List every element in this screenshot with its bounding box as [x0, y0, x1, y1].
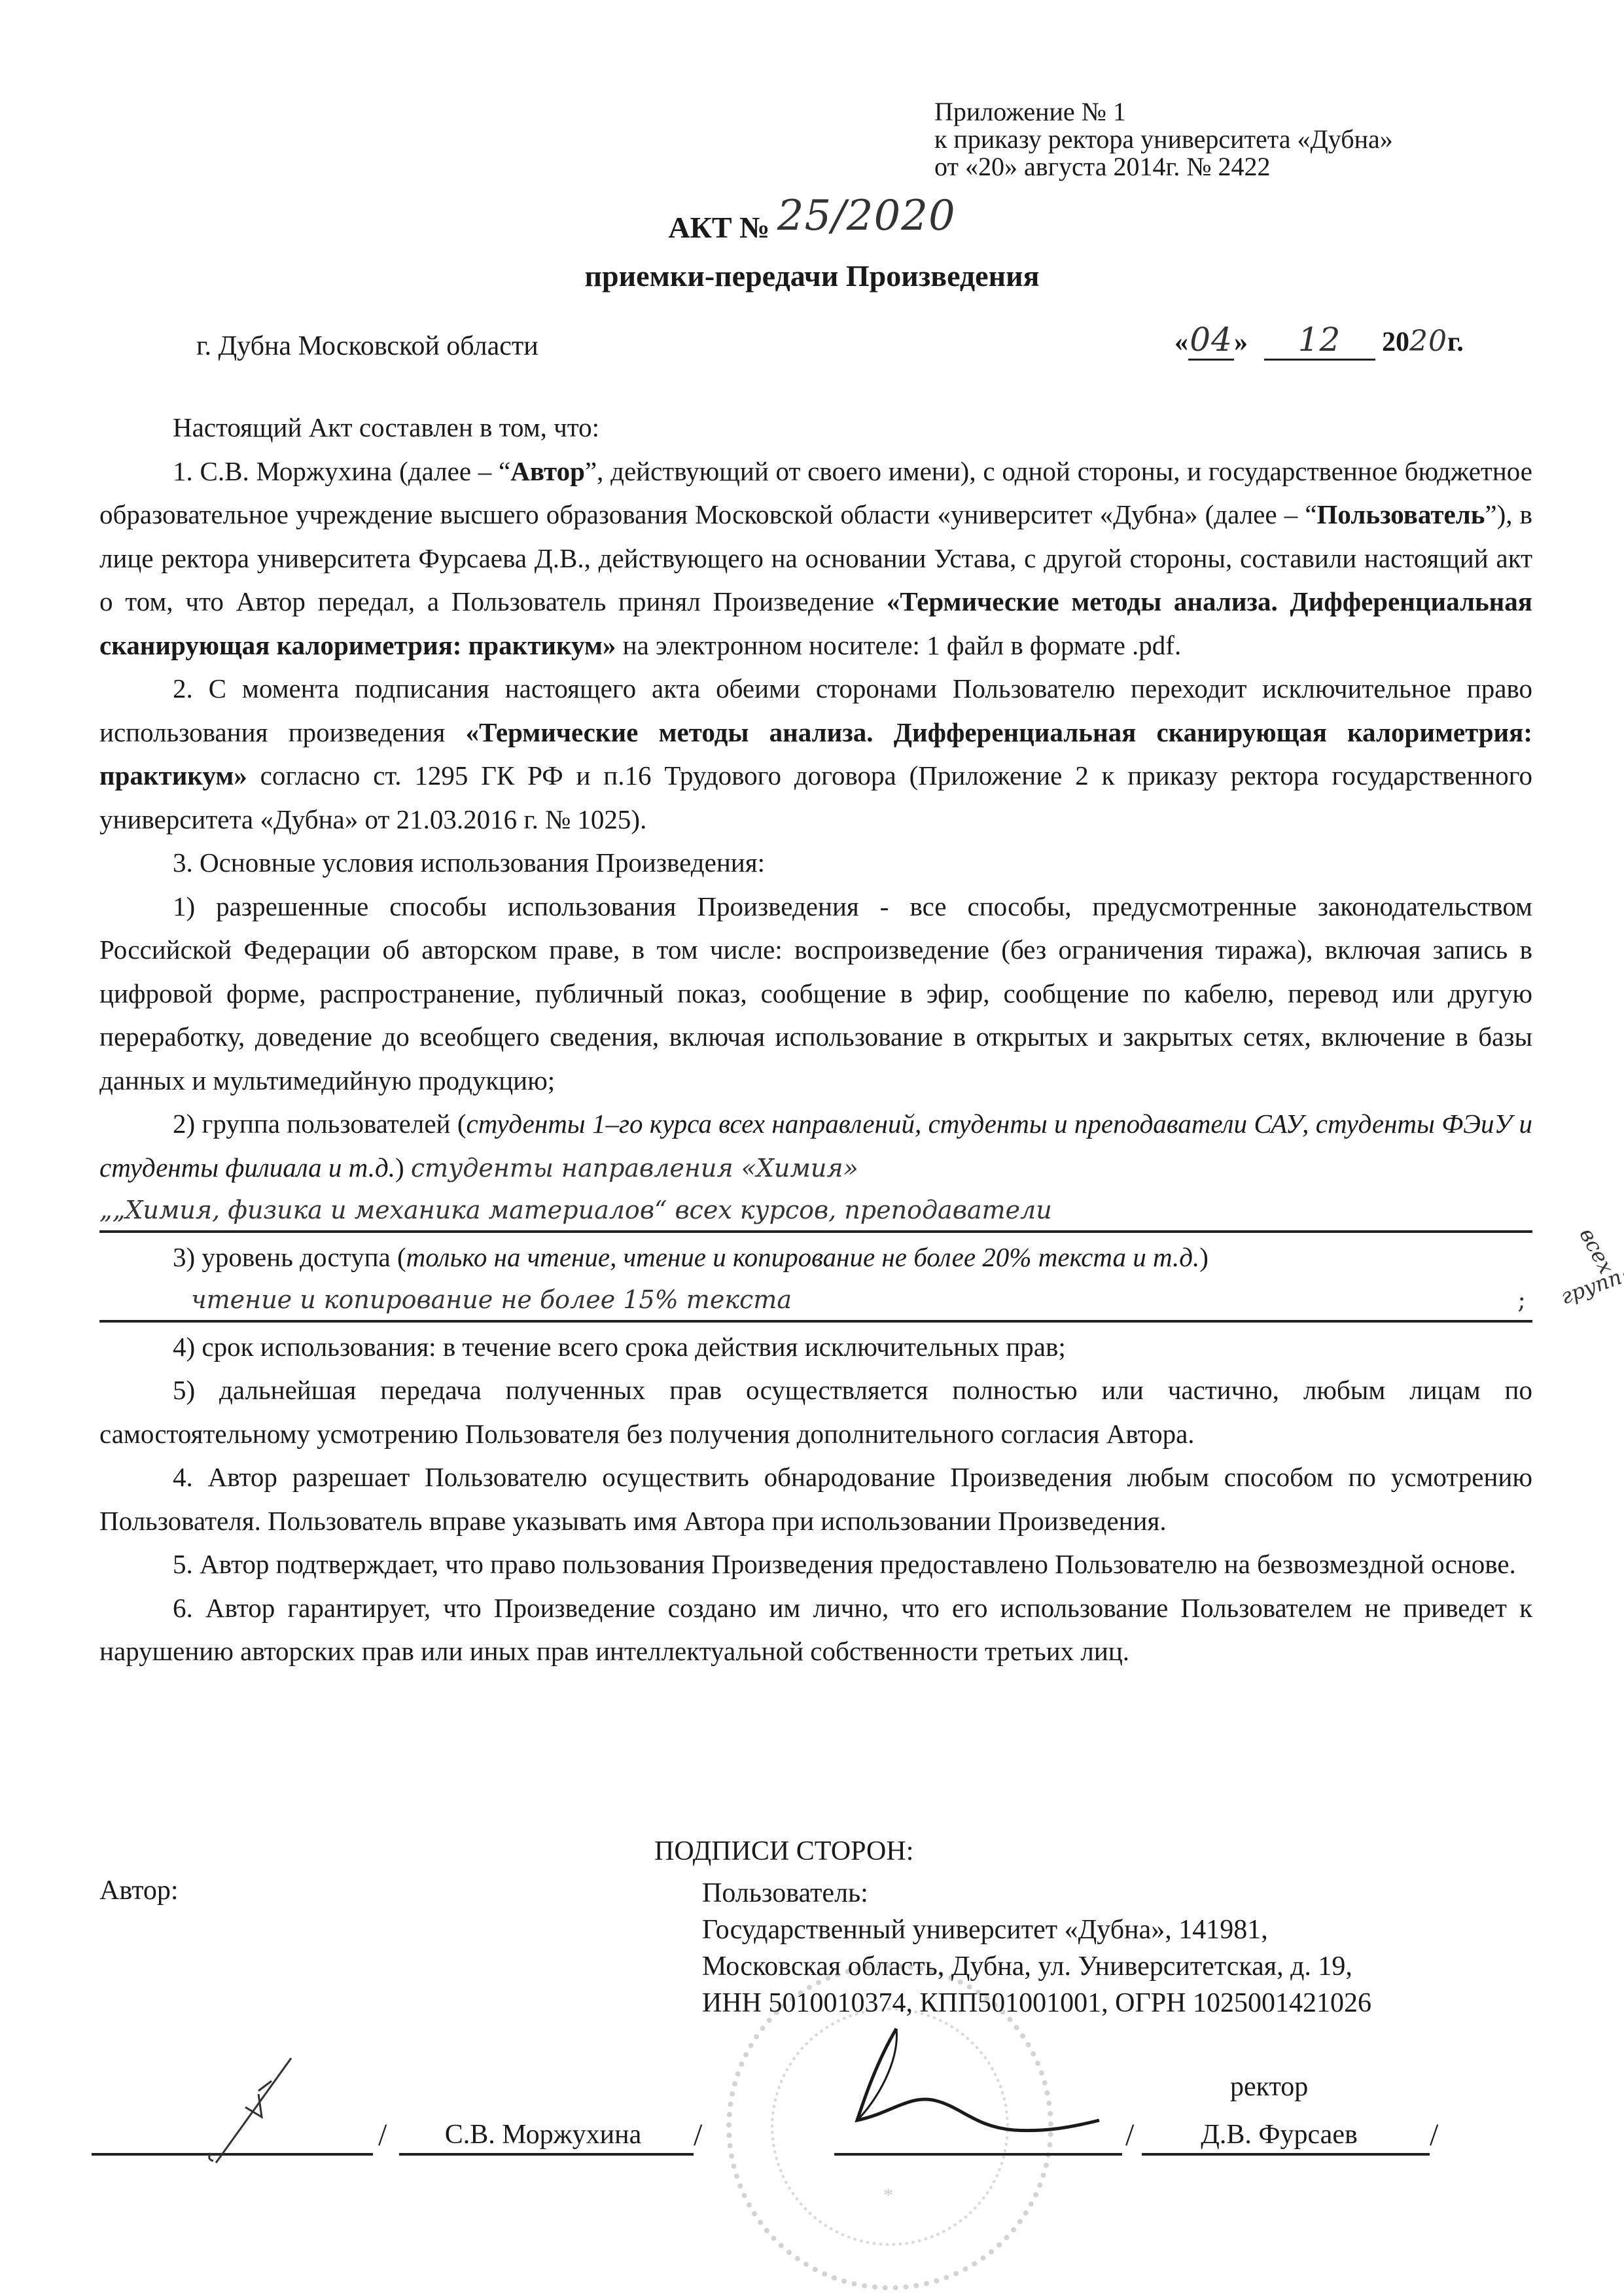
- clause-5: 5. Автор подтверждает, что право пользов…: [99, 1542, 1532, 1586]
- author-signature-icon: [196, 2055, 301, 2166]
- rector-signature-icon: [838, 2022, 1112, 2140]
- handwritten-user-group: студенты направления «Химия»: [411, 1154, 858, 1183]
- rector-name-line: [1142, 2153, 1430, 2156]
- clause-3: 3. Основные условия использования Произв…: [99, 841, 1532, 885]
- intro: Настоящий Акт составлен в том, что:: [99, 406, 1532, 450]
- document-page: Приложение № 1 к приказу ректора универс…: [0, 0, 1624, 2295]
- act-number-handwritten: 25/2020: [777, 192, 956, 240]
- user-name-line: Государственный университет «Дубна», 141…: [702, 1912, 1371, 1948]
- act-title: АКТ № 25/2020: [0, 200, 1624, 248]
- stamp-star-icon: *: [883, 2184, 893, 2207]
- user-registration-line: ИНН 5010010374, КПП501001001, ОГРН 10250…: [702, 1985, 1371, 2021]
- appendix-reference: Приложение № 1 к приказу ректора универс…: [934, 98, 1393, 181]
- user-details: Пользователь: Государственный университе…: [702, 1875, 1371, 2021]
- author-name-line: [399, 2153, 694, 2156]
- signatures-heading: ПОДПИСИ СТОРОН:: [654, 1836, 913, 1867]
- appendix-number: Приложение № 1: [934, 98, 1393, 126]
- clause-1: 1. С.В. Моржухина (далее – “Автор”, дейс…: [99, 450, 1532, 667]
- rector-signature-line: [834, 2153, 1122, 2156]
- condition-5: 5) дальнейшая передача полученных прав о…: [99, 1368, 1532, 1455]
- act-subtitle: приемки-передачи Произведения: [0, 258, 1624, 293]
- date-month: 12: [1264, 321, 1375, 361]
- clause-4: 4. Автор разрешает Пользователю осуществ…: [99, 1455, 1532, 1542]
- date-day: 04: [1188, 321, 1234, 361]
- appendix-order: к приказу ректора университета «Дубна»: [934, 126, 1393, 153]
- clause-2: 2. С момента подписания настоящего акта …: [99, 667, 1532, 841]
- condition-2: 2) группа пользователей (студенты 1–го к…: [99, 1102, 1532, 1190]
- author-label: Автор:: [99, 1875, 179, 1906]
- date-year: 20: [1409, 325, 1447, 358]
- rector-title: ректор: [1230, 2071, 1308, 2103]
- place: г. Дубна Московской области: [196, 330, 538, 362]
- rector-name: Д.В. Фурсаев: [1142, 2119, 1417, 2150]
- condition-3: 3) уровень доступа (только на чтение, чт…: [99, 1236, 1532, 1279]
- user-label: Пользователь:: [702, 1875, 1371, 1912]
- clause-6: 6. Автор гарантирует, что Произведение с…: [99, 1586, 1532, 1673]
- condition-4: 4) срок использования: в течение всего с…: [99, 1325, 1532, 1369]
- act-body: Настоящий Акт составлен в том, что: 1. С…: [99, 406, 1532, 1673]
- appendix-date: от «20» августа 2014г. № 2422: [934, 153, 1393, 181]
- handwritten-access-level-line: чтение и копирование не более 15% текста…: [99, 1279, 1532, 1323]
- act-label: АКТ №: [668, 211, 769, 244]
- condition-1: 1) разрешенные способы использования Про…: [99, 885, 1532, 1103]
- handwritten-user-group-line: „„Химия, физика и механика материалов“ в…: [99, 1190, 1532, 1233]
- act-date: «04» 12 2020г.: [1174, 321, 1464, 361]
- handwritten-margin-note-2: групп:: [1557, 1262, 1624, 1309]
- author-name: С.В. Моржухина: [399, 2119, 687, 2150]
- user-address-line: Московская область, Дубна, ул. Университ…: [702, 1948, 1371, 1985]
